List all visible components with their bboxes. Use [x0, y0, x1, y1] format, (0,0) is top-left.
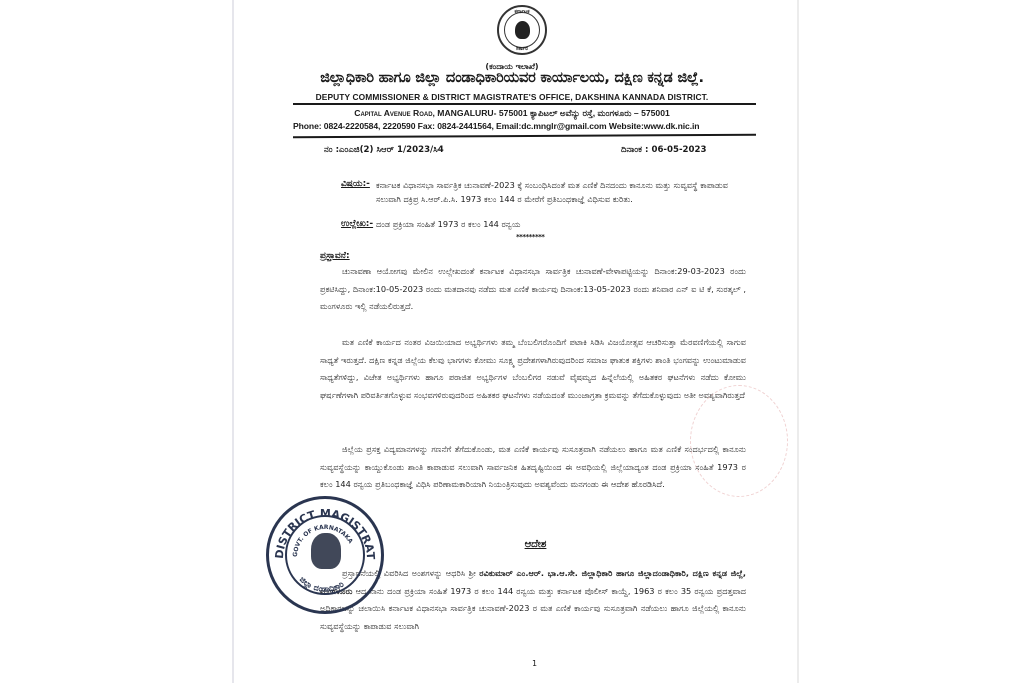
subject-label: ವಿಷಯ:-	[341, 179, 370, 189]
emblem-bottom-text: ಸರ್ಕಾರ	[499, 46, 545, 52]
office-address: Capital Avenue Road, MANGALURU- 575001 ಕ…	[0, 108, 1024, 119]
separator: *********	[516, 233, 544, 241]
preamble-paragraph: ಚುನಾವಣಾ ಆಯೋಗವು ಮೇಲಿನ ಉಲ್ಲೇಖದಂತೆ ಕರ್ನಾಟಕ …	[320, 263, 746, 316]
order-rest-text: ಆದ ನಾನು ದಂಡ ಪ್ರಕ್ರಿಯಾ ಸಂಹಿತೆ 1973 ರ ಕಲಂ …	[320, 586, 746, 631]
preamble-paragraph: ಜಿಲ್ಲೆಯ ಪ್ರಸಕ್ತ ವಿದ್ಯಮಾನಗಳನ್ನು ಗಣನೆಗೆ ತೆ…	[320, 441, 746, 494]
subject-text: ಕರ್ನಾಟಕ ವಿಧಾನಸಭಾ ಸಾರ್ವತ್ರಿಕ ಚುನಾವಣೆ-2023…	[376, 179, 738, 206]
preamble-paragraph: ಮತ ಎಣಿಕೆ ಕಾರ್ಯದ ನಂತರ ವಿಜಯಿಯಾದ ಅಭ್ಯರ್ಥಿಗಳ…	[320, 334, 746, 404]
order-heading: ಆದೇಶ	[0, 539, 1024, 550]
office-title-english: DEPUTY COMMISSIONER & DISTRICT MAGISTRAT…	[0, 92, 1024, 102]
faded-red-stamp	[690, 385, 788, 497]
header-divider-top	[293, 103, 756, 105]
district-magistrate-seal: DISTRICT MAGISTRATE D.K. GOVT. OF KARNAT…	[266, 496, 384, 614]
reference-label: ಉಲ್ಲೇಖ:-	[341, 219, 373, 229]
page-border-right	[797, 0, 799, 683]
office-contact: Phone: 0824-2220584, 2220590 Fax: 0824-2…	[293, 121, 699, 131]
seal-crest-icon	[311, 533, 341, 569]
emblem-top-text: ಕರ್ನಾಟಕ	[499, 9, 545, 15]
order-paragraph: ಪ್ರಸ್ತಾವನೆಯಲ್ಲಿ ವಿವರಿಸಿದ ಅಂಶಗಳನ್ನು ಆಧರಿಸ…	[320, 565, 746, 635]
karnataka-emblem-icon: ಕರ್ನಾಟಕ ಸರ್ಕಾರ	[497, 5, 547, 55]
reference-number: ನಂ :ಎಂಎಜಿ(2) ಸಿಆರ್ 1/2023/ಸಿ4	[324, 145, 444, 155]
page-number: 1	[532, 659, 537, 668]
preamble-heading: ಪ್ರಸ್ತಾವನೆ:	[320, 251, 350, 261]
document-date: ದಿನಾಂಕ : 06-05-2023	[621, 145, 706, 155]
office-title-kannada: ಜಿಲ್ಲಾಧಿಕಾರಿ ಹಾಗೂ ಜಿಲ್ಲಾ ದಂಡಾಧಿಕಾರಿಯವರ ಕ…	[0, 70, 1024, 86]
reference-text: ದಂಡ ಪ್ರಕ್ರಿಯಾ ಸಂಹಿತೆ 1973 ರ ಕಲಂ 144 ರನ್ವ…	[376, 219, 521, 230]
emblem-crest	[515, 21, 530, 39]
